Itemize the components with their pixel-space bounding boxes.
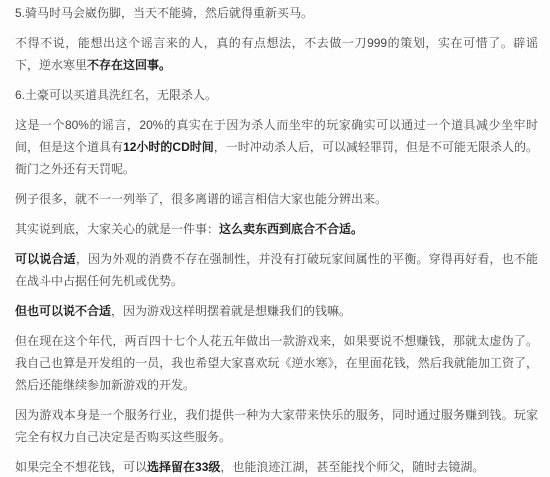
paragraph: 如果完全不想花钱，可以选择留在33级，也能浪迹江湖，甚至能找个师父，随时去镜湖。 [15,456,538,477]
paragraph: 6.土豪可以买道具洗红名，无限杀人。 [15,84,538,106]
text-segment-bold: 12小时的CD时间 [123,140,214,154]
paragraph: 因为游戏本身是一个服务行业，我们提供一种为大家带来快乐的服务，同时通过服务赚到钱… [15,404,538,448]
text-segment: 6.土豪可以买道具洗红名，无限杀人。 [15,88,217,102]
paragraph: 5.骑马时马会崴伤脚，当天不能骑，然后就得重新买马。 [15,2,538,24]
paragraph: 例子很多，就不一一列举了，很多离谱的谣言相信大家也能分辨出来。 [15,188,538,210]
paragraph: 不得不说，能想出这个谣言来的人，真的有点想法，不去做一刀999的策划，实在可惜了… [15,32,538,76]
text-segment-bold: 可以说合适 [15,252,76,266]
article-body: 5.骑马时马会崴伤脚，当天不能骑，然后就得重新买马。不得不说，能想出这个谣言来的… [0,0,550,477]
text-segment: 但在现在这个年代，两百四十七个人花五年做出一款游戏来，如果要说不想赚钱，那就太虚… [15,334,538,392]
paragraph: 这是一个80%的谣言，20%的真实在于因为杀人而坐牢的玩家确实可以通过一个道具减… [15,114,538,180]
text-segment: ，因为游戏这样明摆着就是想赚我们的钱嘛。 [111,304,351,318]
text-segment: ，因为外观的消费不存在强制性，并没有打破玩家间属性的平衡。穿得再好看，也不能在战… [15,252,538,288]
text-segment: ，也能浪迹江湖，甚至能找个师父，随时去镜湖。 [220,460,484,474]
text-segment: 例子很多，就不一一列举了，很多离谱的谣言相信大家也能分辨出来。 [15,192,387,206]
paragraph: 但也可以说不合适，因为游戏这样明摆着就是想赚我们的钱嘛。 [15,300,538,322]
paragraph: 其实说到底，大家关心的就是一件事：这么卖东西到底合不合适。 [15,218,538,240]
paragraph: 但在现在这个年代，两百四十七个人花五年做出一款游戏来，如果要说不想赚钱，那就太虚… [15,330,538,396]
text-segment-bold: 这么卖东西到底合不合适。 [219,222,363,236]
text-segment-bold: 不存在这回事。 [87,58,171,72]
paragraph: 可以说合适，因为外观的消费不存在强制性，并没有打破玩家间属性的平衡。穿得再好看，… [15,248,538,292]
text-segment: 如果完全不想花钱，可以 [15,460,147,474]
text-segment: 因为游戏本身是一个服务行业，我们提供一种为大家带来快乐的服务，同时通过服务赚到钱… [15,408,538,444]
text-segment: 其实说到底，大家关心的就是一件事： [15,222,219,236]
text-segment-bold: 但也可以说不合适 [15,304,111,318]
text-segment: 5.骑马时马会崴伤脚，当天不能骑，然后就得重新买马。 [15,6,313,20]
text-segment-bold: 选择留在33级 [147,460,220,474]
